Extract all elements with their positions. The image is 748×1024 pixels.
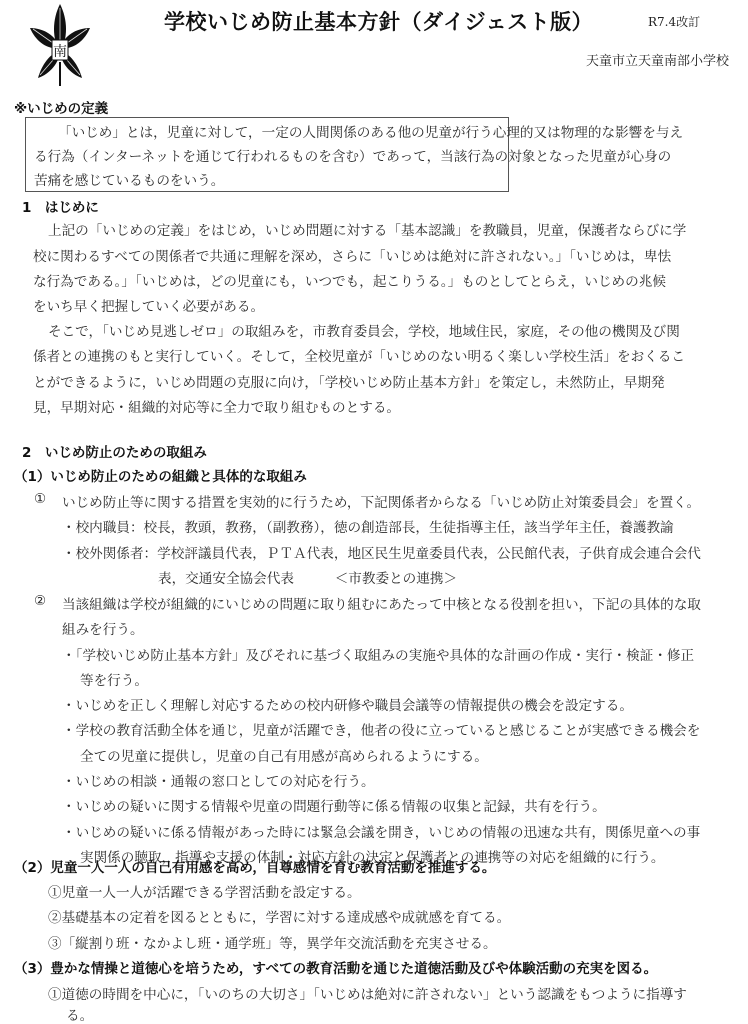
bullet-item-continuation: 表，交通安全協会代表 ＜市教委との連携＞: [158, 567, 457, 587]
section-1-para-line: そこで，「いじめ見逃しゼロ」の取組みを，市教育委員会，学校，地域住民，家庭，その…: [48, 320, 680, 340]
bullet-item: ・いじめを正しく理解し対応するための校内研修や職員会議等の情報提供の機会を設定す…: [62, 694, 633, 714]
list-item: ③「縦割り班・なかよし班・通学班」等，異学年交流活動を充実させる。: [48, 932, 497, 952]
section-1-para-line: 校に関わるすべての関係者で共通に理解を深め，さらに「いじめは絶対に許されない。」…: [33, 245, 671, 265]
section-1-heading: 1 はじめに: [22, 196, 99, 216]
bullet-item-continuation: 全ての児童に提供し，児童の自己有用感が高められるようにする。: [80, 745, 488, 765]
section-1-para-line: 見，早期対応・組織的対応等に全力で取り組むものとする。: [33, 396, 400, 416]
bullet-item: ・校外関係者：学校評議員代表，ＰＴＡ代表，地区民生児童委員代表，公民館代表，子供…: [62, 542, 701, 562]
bullet-item: ・いじめの疑いに関する情報や児童の問題行動等に係る情報の収集と記録，共有を行う。: [62, 795, 606, 815]
list-item: ②基礎基本の定着を図るとともに，学習に対する達成感や成就感を育てる。: [48, 906, 510, 926]
bullet-item-continuation: 等を行う。: [80, 669, 148, 689]
definition-line: 苦痛を感じているものをいう。: [34, 169, 224, 189]
section-1-para-line: 係者との連携のもと実行していく。そして，全校児童が「いじめのない明るく楽しい学校…: [33, 345, 685, 365]
item-1-text: いじめ防止等に関する措置を実効的に行うため，下記関係者からなる「いじめ防止対策委…: [62, 491, 700, 511]
bullet-item: ・「学校いじめ防止基本方針」及びそれに基づく取組みの実施や具体的な計画の作成・実…: [62, 644, 694, 664]
list-item-continuation: る。: [66, 1004, 93, 1024]
section-1-para-line: とができるように，いじめ問題の克服に向け，「学校いじめ防止基本方針」を策定し，未…: [33, 371, 665, 391]
page-title: 学校いじめ防止基本方針（ダイジェスト版）: [164, 6, 593, 36]
definition-line: 「いじめ」とは，児童に対して，一定の人間関係のある他の児童が行う心理的又は物理的…: [58, 121, 683, 141]
definition-box: 「いじめ」とは，児童に対して，一定の人間関係のある他の児童が行う心理的又は物理的…: [25, 117, 509, 192]
bullet-item: ・いじめの相談・通報の窓口としての対応を行う。: [62, 770, 375, 790]
item-2-text: 当該組織は学校が組織的にいじめの問題に取り組むにあたって中核となる役割を担い，下…: [62, 593, 701, 613]
revision-label: R7.4改訂: [648, 13, 700, 30]
subsection-2-heading: （2）児童一人一人の自己有用感を高め，自尊感情を育む教育活動を推進する。: [14, 856, 495, 876]
school-name: 天童市立天童南部小学校: [586, 50, 729, 69]
list-item: ①児童一人一人が活躍できる学習活動を設定する。: [48, 881, 361, 901]
bullet-item: ・いじめの疑いに係る情報があった時には緊急会議を開き，いじめの情報の迅速な共有，…: [62, 821, 700, 841]
svg-text:南: 南: [53, 43, 67, 60]
subsection-3-heading: （3）豊かな情操と道徳心を培うため，すべての教育活動を通じた道徳活動及びや体験活…: [14, 957, 657, 977]
section-1-para-line: をいち早く把握していく必要がある。: [33, 295, 264, 315]
bullet-item: ・校内職員：校長，教頭，教務，（副教務），徳の創造部長，生徒指導主任，該当学年主…: [62, 516, 674, 536]
item-marker: ①: [34, 491, 46, 507]
section-1-para-line: な行為である。」「いじめは，どの児童にも，いつでも，起こりうる。」ものとしてとら…: [33, 270, 666, 290]
definition-heading: ※いじめの定義: [14, 97, 108, 117]
definition-line: る行為（インターネットを通じて行われるものを含む）であって，当該行為の対象となっ…: [34, 145, 671, 165]
item-2-text: 組みを行う。: [62, 618, 144, 638]
bullet-item: ・学校の教育活動全体を通じ，児童が活躍でき，他者の役に立っていると感じることが実…: [62, 719, 700, 739]
item-marker: ②: [34, 593, 46, 609]
section-2-heading: 2 いじめ防止のための取組み: [22, 441, 207, 461]
list-item: ①道徳の時間を中心に，「いのちの大切さ」「いじめは絶対に許されない」という認識を…: [48, 983, 687, 1003]
section-1-para-line: 上記の「いじめの定義」をはじめ，いじめ問題に対する「基本認識」を教職員，児童，保…: [48, 219, 686, 239]
subsection-1-heading: （1）いじめ防止のための組織と具体的な取組み: [14, 465, 307, 485]
school-emblem-leaf-icon: 南: [28, 2, 92, 86]
